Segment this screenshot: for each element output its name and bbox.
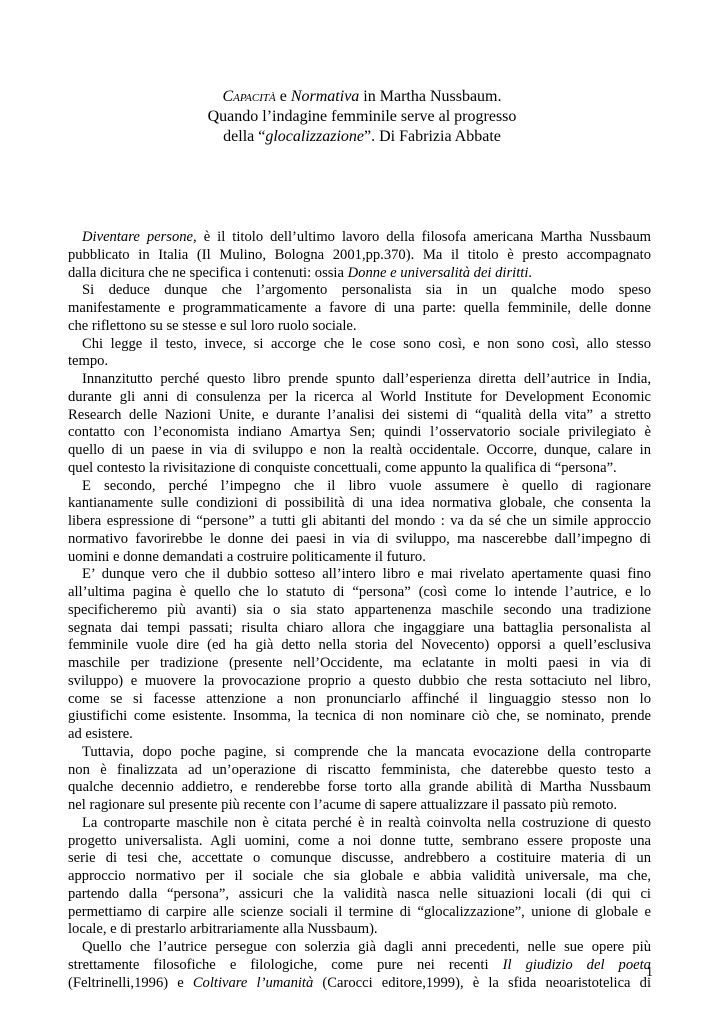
- paragraph-7-line: nel ragionare sul presente più recente c…: [68, 797, 651, 815]
- paragraph-4-line: quel contesto la rivisitazione di conqui…: [68, 460, 651, 478]
- text: (Carocci editore,1999), è la sfida neoar…: [313, 975, 651, 991]
- paragraph-4-line: quello di un paese in via di sviluppo e …: [68, 442, 651, 460]
- paragraph-6-line: femminile vuole dire (ed ha già detto ne…: [68, 637, 651, 655]
- paragraph-9-line: Quello che l’autrice persegue con solerz…: [68, 939, 651, 957]
- title-normativa: Normativa: [291, 88, 359, 105]
- paragraph-2-line: manifestamente e programmaticamente a fa…: [68, 300, 651, 318]
- paragraph-1-line: pubblicato in Italia (Il Mulino, Bologna…: [68, 247, 651, 265]
- document-page: Capacità e Normativa in Martha Nussbaum.…: [0, 0, 724, 1024]
- paragraph-6-line: maschile per tradizione (presente nell’O…: [68, 655, 651, 673]
- title-line-1: Capacità e Normativa in Martha Nussbaum.: [0, 87, 724, 107]
- document-title: Capacità e Normativa in Martha Nussbaum.…: [0, 87, 724, 147]
- text: , è il titolo dell’ultimo lavoro della f…: [193, 229, 651, 245]
- paragraph-4-line: contatto con l’economista indiano Amarty…: [68, 424, 651, 442]
- text: (Feltrinelli,1996) e: [68, 975, 193, 991]
- title-text: della “: [223, 128, 265, 145]
- paragraph-2-line: che riflettono su se stesse e sul loro r…: [68, 318, 651, 336]
- text: dalla dicitura che ne specifica i conten…: [68, 265, 348, 281]
- paragraph-6-line: segnata dai tempi passati; risulta chiar…: [68, 620, 651, 638]
- paragraph-1-line: dalla dicitura che ne specifica i conten…: [68, 265, 651, 283]
- text: strettamente filosofiche e filologiche, …: [68, 957, 503, 973]
- title-text: in Martha Nussbaum.: [359, 88, 501, 105]
- paragraph-6-line: come se si facesse attenzione a non pron…: [68, 691, 651, 709]
- book-title-diventare-persone: Diventare persone: [82, 229, 193, 245]
- paragraph-6-line: E’ dunque vero che il dubbio sotteso all…: [68, 566, 651, 584]
- paragraph-8-line: locale, e di prestarlo arbitrariamente a…: [68, 921, 651, 939]
- paragraph-6-line: specificheremo più avanti) sia o sia sta…: [68, 602, 651, 620]
- paragraph-9-line: (Feltrinelli,1996) e Coltivare l’umanità…: [68, 975, 651, 993]
- paragraph-9-line: strettamente filosofiche e filologiche, …: [68, 957, 651, 975]
- paragraph-6-line: ad esistere.: [68, 726, 651, 744]
- book-title-giudizio-del-poeta: Il giudizio del poeta: [503, 957, 651, 973]
- paragraph-6-line: all’ultima pagina è quello che lo statut…: [68, 584, 651, 602]
- book-title-coltivare-umanita: Coltivare l’umanità: [193, 975, 313, 991]
- paragraph-1-line: Diventare persone, è il titolo dell’ulti…: [68, 229, 651, 247]
- paragraph-7-line: Tuttavia, dopo poche pagine, si comprend…: [68, 744, 651, 762]
- subtitle-donne-universalita: Donne e universalità dei diritti: [348, 265, 529, 281]
- paragraph-7-line: qualche decennio addietro, e renderebbe …: [68, 779, 651, 797]
- text: .: [528, 265, 532, 281]
- paragraph-6-line: sviluppo) e muovere la provocazione prop…: [68, 673, 651, 691]
- title-line-2: Quando l’indagine femminile serve al pro…: [0, 107, 724, 127]
- paragraph-8-line: partendo dalla “persona”, assicuri che l…: [68, 886, 651, 904]
- paragraph-2-line: Si deduce dunque che l’argomento persona…: [68, 282, 651, 300]
- paragraph-8-line: progetto universalista. Agli uomini, com…: [68, 833, 651, 851]
- page-number: 1: [646, 965, 653, 981]
- paragraph-4-line: Research delle Nazioni Unite, e durante …: [68, 407, 651, 425]
- title-glocalizzazione: glocalizzazione: [265, 128, 364, 145]
- paragraph-3-line: tempo.: [68, 353, 651, 371]
- paragraph-4-line: Innanzitutto perché questo libro prende …: [68, 371, 651, 389]
- paragraph-5-line: E secondo, perché l’impegno che il libro…: [68, 478, 651, 496]
- document-body: Diventare persone, è il titolo dell’ulti…: [68, 229, 651, 992]
- title-text: ”. Di Fabrizia Abbate: [364, 128, 501, 145]
- title-line-3: della “glocalizzazione”. Di Fabrizia Abb…: [0, 127, 724, 147]
- paragraph-5-line: libera espressione di “persone” a tutti …: [68, 513, 651, 531]
- paragraph-5-line: uomini e donne demandati a costruire pol…: [68, 549, 651, 567]
- title-capacita: Capacità: [222, 88, 275, 105]
- paragraph-5-line: kantianamente sulle condizioni di possib…: [68, 495, 651, 513]
- title-text: e: [276, 88, 291, 105]
- paragraph-8-line: permettiamo di carpire alle scienze soci…: [68, 904, 651, 922]
- paragraph-5-line: normativo favorirebbe le donne dei paesi…: [68, 531, 651, 549]
- paragraph-3-line: Chi legge il testo, invece, si accorge c…: [68, 336, 651, 354]
- paragraph-8-line: approccio normativo per il sociale che s…: [68, 868, 651, 886]
- paragraph-6-line: giustifichi come esistente. Insomma, la …: [68, 708, 651, 726]
- paragraph-4-line: durante gli anni di consulenza per la ri…: [68, 389, 651, 407]
- paragraph-7-line: non è finalizzata ad un’operazione di ri…: [68, 762, 651, 780]
- paragraph-8-line: La controparte maschile non è citata per…: [68, 815, 651, 833]
- paragraph-8-line: serie di tesi che, accettate o comunque …: [68, 850, 651, 868]
